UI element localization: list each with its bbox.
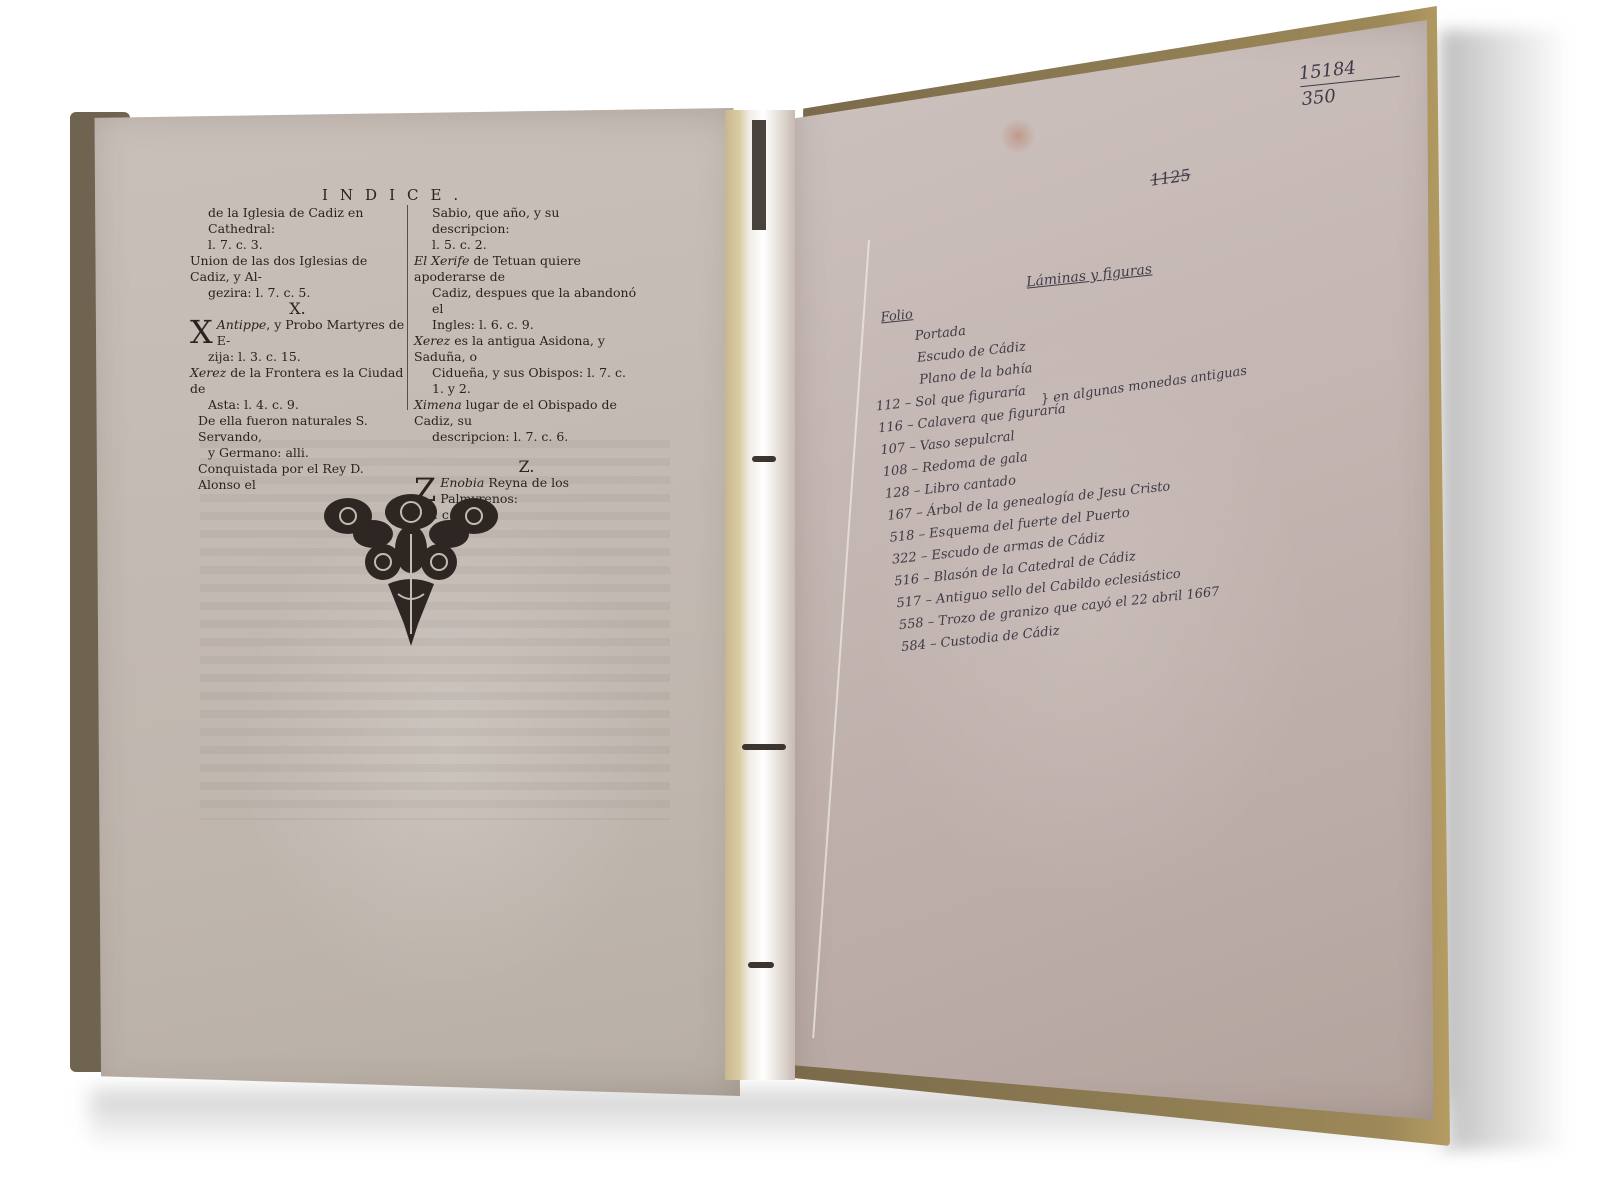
item-folio: 518 xyxy=(889,528,915,546)
spine-tear xyxy=(752,456,776,462)
index-heading: INDICE. xyxy=(322,186,470,204)
item-folio: 112 xyxy=(875,397,901,415)
index-line: Union de las dos Iglesias de Cadiz, y Al… xyxy=(190,253,405,285)
entry-term: Enobia xyxy=(440,475,484,490)
index-line: zija: l. 3. c. 15. xyxy=(190,349,405,365)
item-folio: 558 xyxy=(898,616,924,634)
index-entry: El Xerife de Tetuan quiere apoderarse de xyxy=(414,253,639,285)
book-spine xyxy=(725,110,795,1080)
index-line: l. 5. c. 2. xyxy=(414,237,639,253)
index-entry: Ximena lugar de el Obispado de Cadiz, su xyxy=(414,397,639,429)
index-line: Asta: l. 4. c. 9. xyxy=(190,397,405,413)
index-line: Ingles: l. 6. c. 9. xyxy=(414,317,639,333)
entry-term: Ximena xyxy=(414,397,462,412)
index-line: Sabio, que año, y su descripcion: xyxy=(414,205,639,237)
index-line: Conquistada por el Rey D. Alonso el xyxy=(190,461,405,493)
index-line: Cadiz, despues que la abandonó el xyxy=(414,285,639,317)
plates-list: Folio Portada Escudo de Cádiz Plano de l… xyxy=(866,278,1223,662)
index-entry: Xerez de la Frontera es la Ciudad de xyxy=(190,365,405,397)
index-line: y Germano: alli. xyxy=(190,445,405,461)
item-folio: 167 xyxy=(887,506,913,524)
item-folio: 128 xyxy=(884,484,910,502)
entry-term: El Xerife xyxy=(414,253,469,268)
index-line: descripcion: l. 7. c. 6. xyxy=(414,429,639,445)
index-entry: Xerez es la antigua Asidona, y Saduña, o xyxy=(414,333,639,365)
index-line: De ella fueron naturales S. Servando, xyxy=(190,413,405,445)
drop-cap: X xyxy=(190,317,213,347)
photo-shadow-right xyxy=(1440,30,1570,1150)
index-line: Cidueña, y sus Obispos: l. 7. c. 1. y 2. xyxy=(414,365,639,397)
item-folio: 584 xyxy=(900,638,926,656)
item-folio: 116 xyxy=(877,419,903,437)
spine-tear xyxy=(742,744,786,750)
spine-gap xyxy=(752,120,766,230)
index-line: de la Iglesia de Cadiz en Cathedral: xyxy=(190,205,405,237)
column-divider xyxy=(407,205,408,410)
spine-tear xyxy=(748,962,774,968)
section-letter-z: Z. xyxy=(414,459,639,475)
index-entry: XAntippe, y Probo Martyres de E- xyxy=(190,317,405,349)
item-folio: 516 xyxy=(894,572,920,590)
entry-term: Xerez xyxy=(414,333,450,348)
index-column-1: de la Iglesia de Cadiz en Cathedral: l. … xyxy=(190,205,405,493)
section-letter-x: X. xyxy=(190,301,405,317)
item-folio: 322 xyxy=(891,550,917,568)
item-folio: 517 xyxy=(896,594,922,612)
index-column-2: Sabio, que año, y su descripcion: l. 5. … xyxy=(414,205,639,523)
entry-term: Antippe xyxy=(217,317,267,332)
item-folio: 108 xyxy=(882,463,908,481)
floral-ornament-icon xyxy=(318,494,504,654)
entry-term: Xerez xyxy=(190,365,226,380)
foxing-stain xyxy=(1000,118,1036,154)
index-line: l. 7. c. 3. xyxy=(190,237,405,253)
item-folio: 107 xyxy=(880,441,906,459)
